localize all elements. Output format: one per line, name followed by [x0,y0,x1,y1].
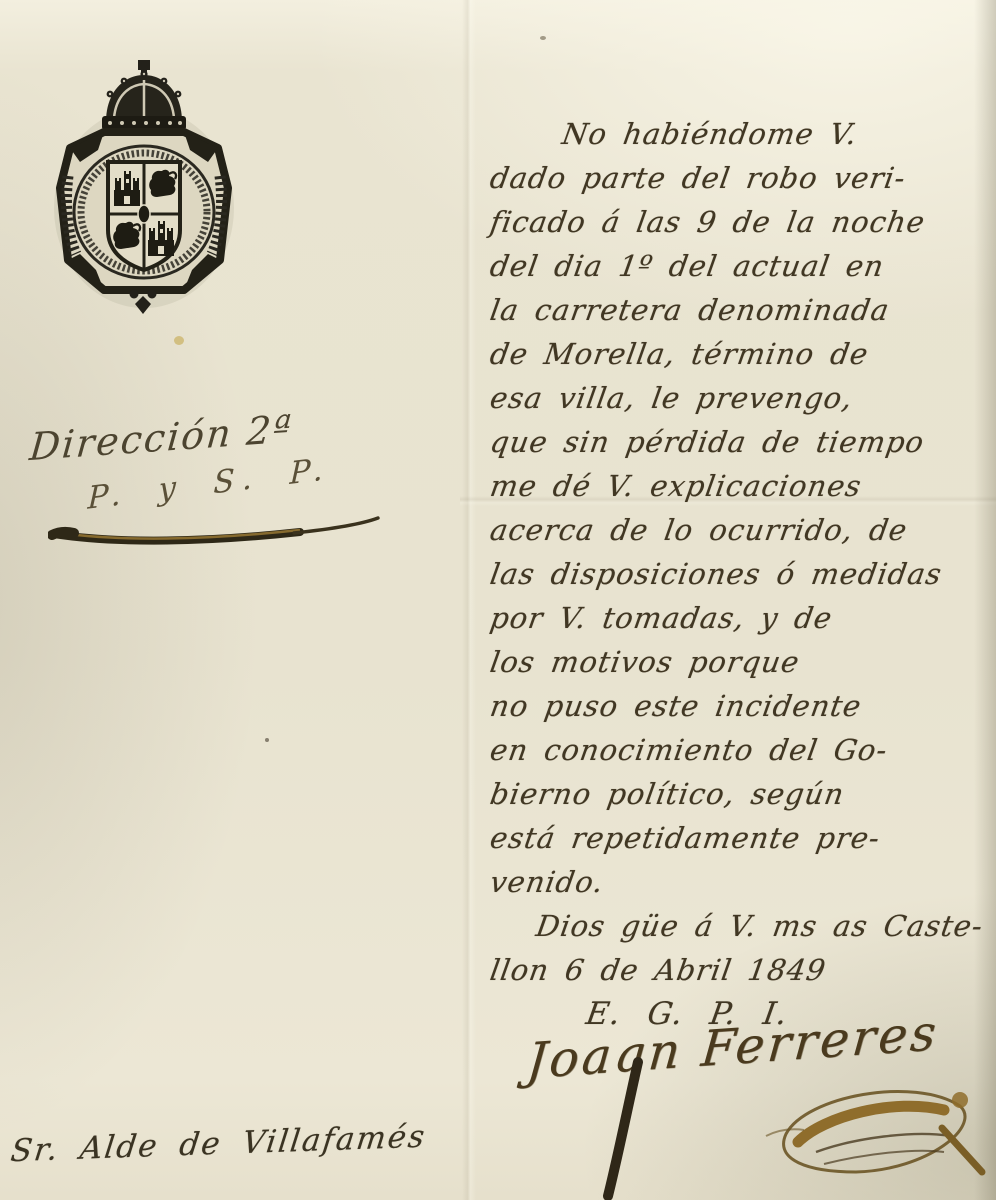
letter-page: Dirección 2ª P. y S. P. No habiéndome V.… [0,0,996,1200]
letter-line: dado parte del robo veri- [487,156,993,200]
royal-coat-of-arms-stamp-icon [52,58,236,316]
letter-line: esa villa, le prevengo, [487,376,993,420]
letter-line: en conocimiento del Go- [487,728,993,772]
letter-line: venido. [487,860,993,904]
letter-line: acerca de lo ocurrido, de [487,508,993,552]
letter-line: está repetidamente pre- [487,816,993,860]
letter-line: la carretera denominada [487,288,993,332]
letter-line: por V. tomadas, y de [487,596,993,640]
wax-speck [174,336,184,345]
letter-line: bierno político, según [487,772,993,816]
closing-date-line: llon 6 de Abril 1849 [487,948,993,992]
addressee-line: Sr. Alde de Villafamés [7,1119,423,1169]
letter-line: los motivos porque [487,640,993,684]
underline-flourish [48,508,384,552]
letter-line: no puso este incidente [487,684,993,728]
ink-speck [265,738,269,742]
closing-date-line: Dios güe á V. ms as Caste- [487,904,993,948]
letter-line: ficado á las 9 de la noche [487,200,993,244]
letter-line: de Morella, término de [487,332,993,376]
signature-descender-stroke [598,1056,662,1200]
vertical-fold-crease [462,0,476,1200]
addressee-text: Sr. Alde de Villafamés [9,1119,429,1170]
letter-line: No habiéndome V. [487,112,993,156]
letter-line: me dé V. explicaciones [487,464,993,508]
letter-line: del dia 1º del actual en [487,244,993,288]
letter-line: las disposiciones ó medidas [487,552,993,596]
letter-line: que sin pérdida de tiempo [487,420,993,464]
ink-speck [540,36,546,40]
signature-rubric-flourish [764,1072,992,1194]
letter-body: No habiéndome V. dado parte del robo ver… [487,112,993,1036]
